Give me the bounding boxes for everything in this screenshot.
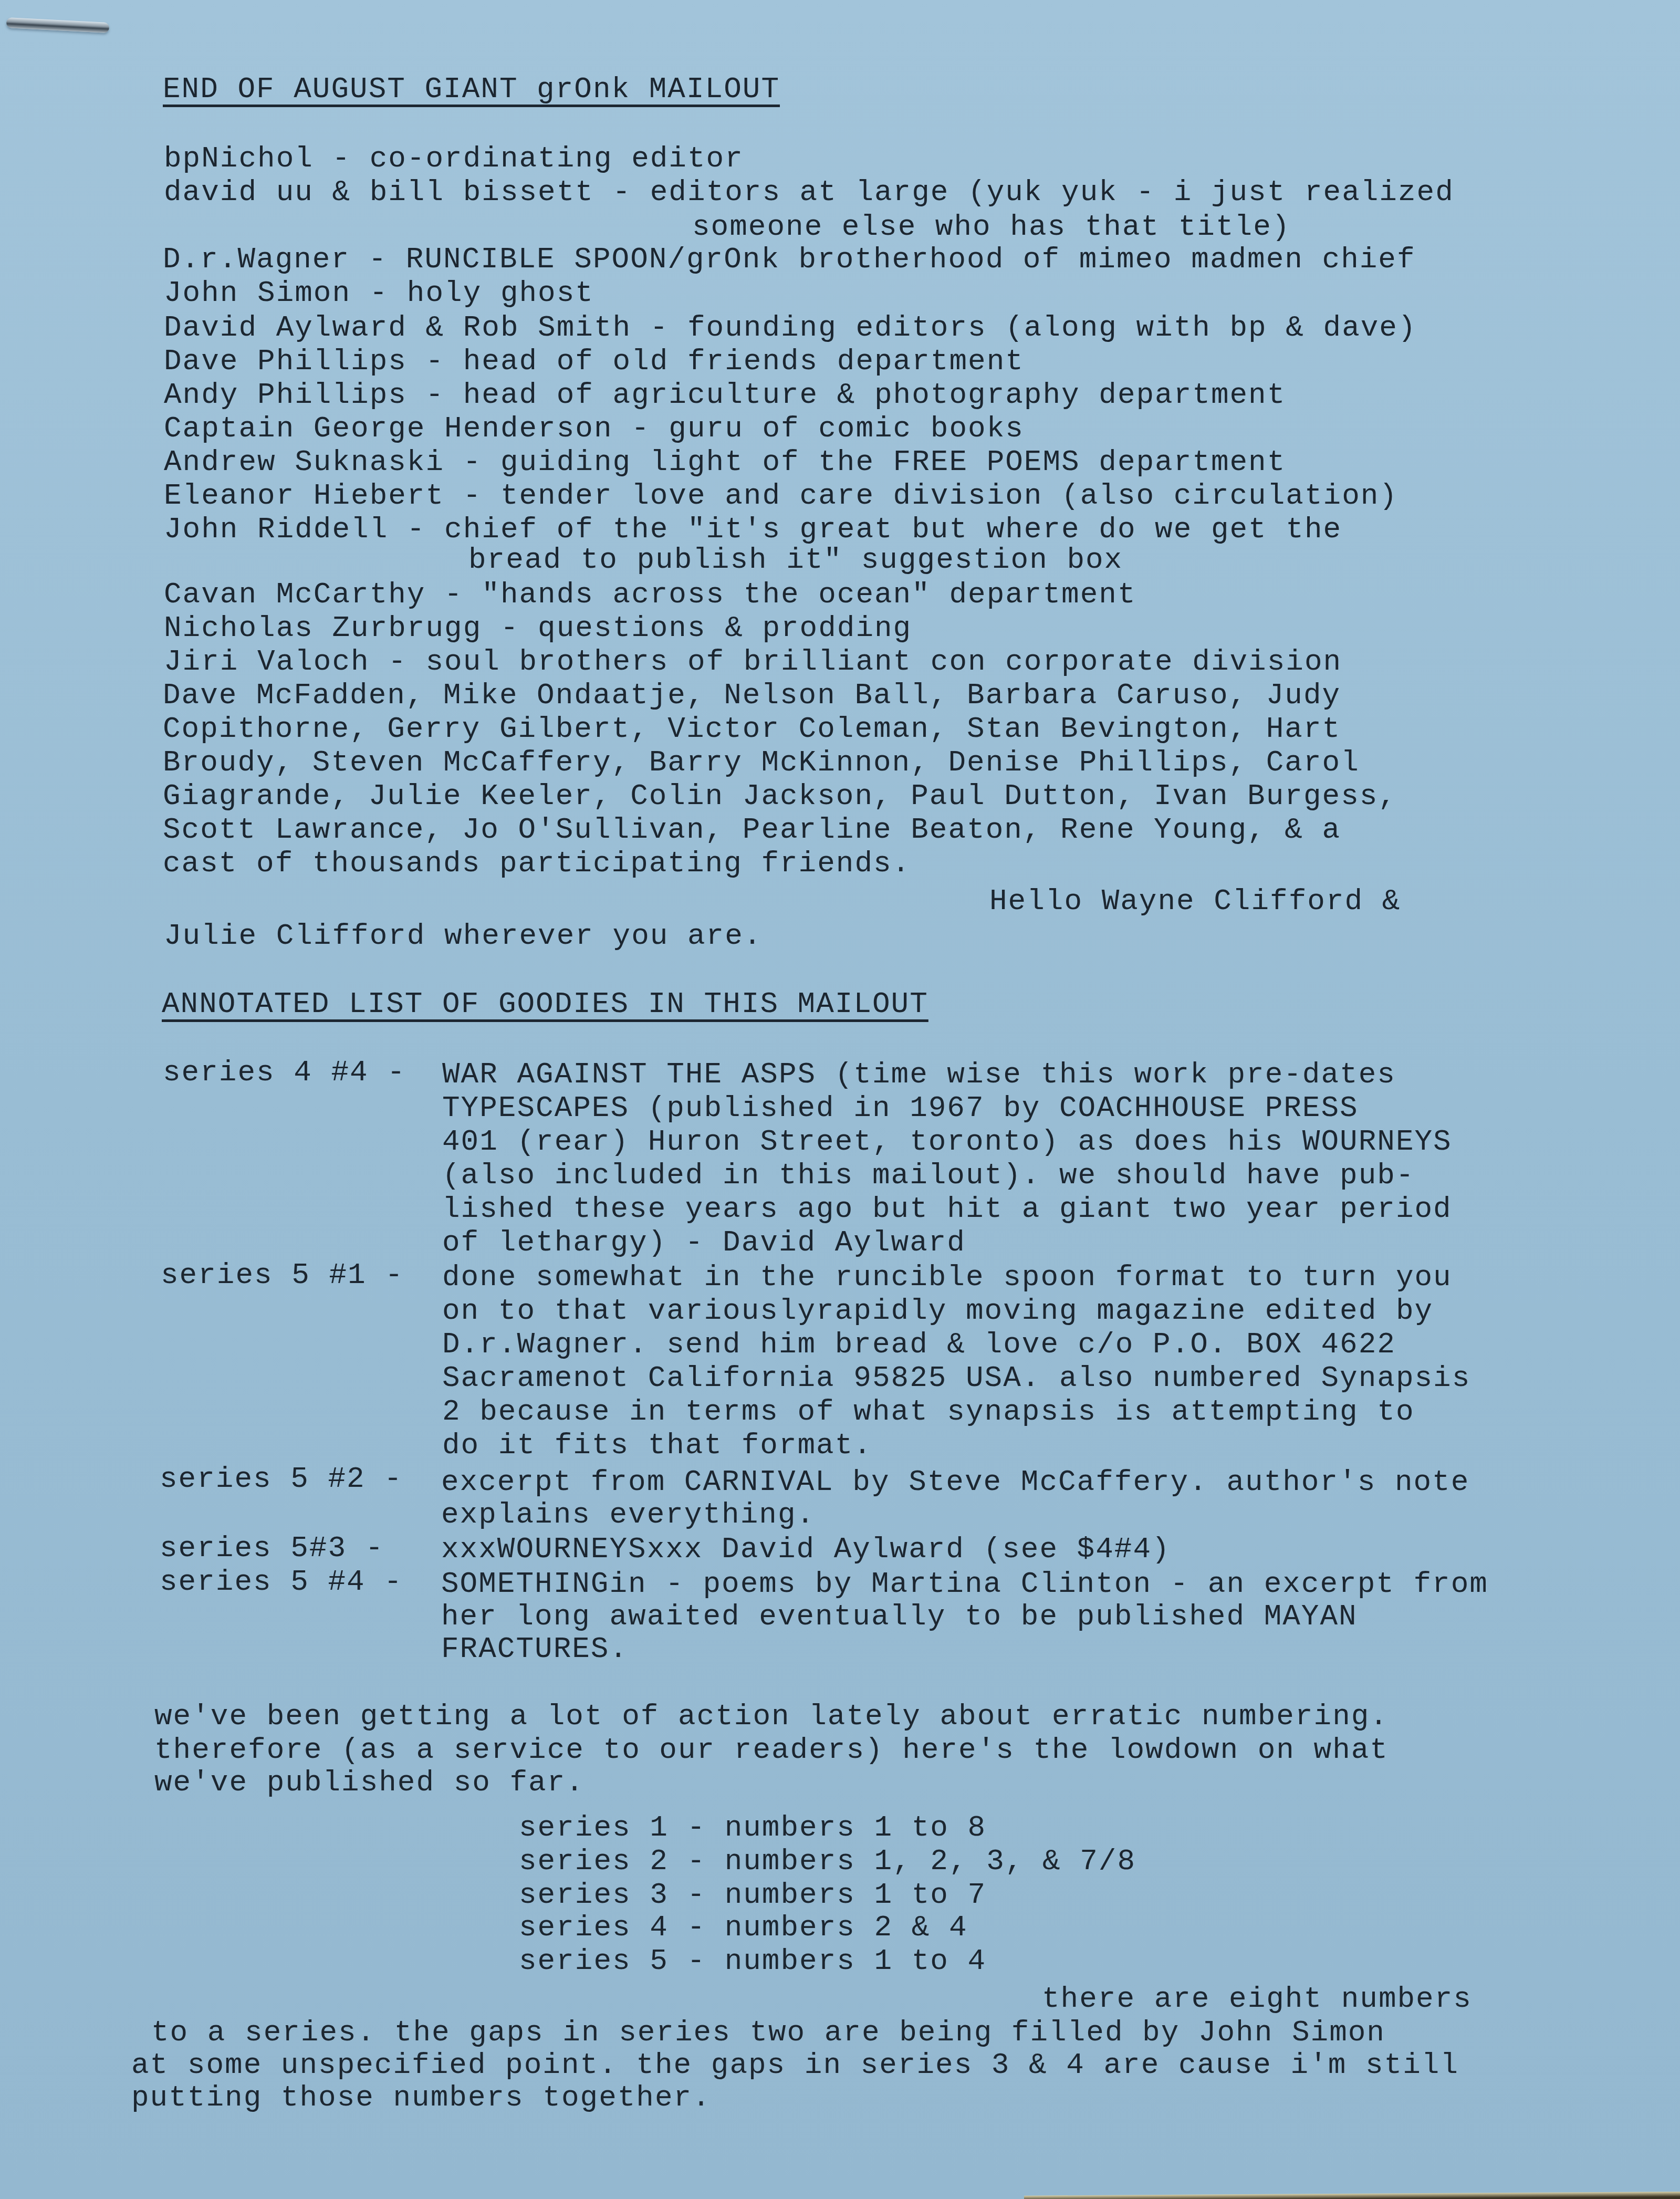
goodie-line: TYPESCAPES (published in 1967 by COACHHO… <box>442 1091 1359 1125</box>
goodie-line: done somewhat in the runcible spoon form… <box>442 1260 1452 1294</box>
goodie-label: series 5 #2 - <box>160 1462 403 1496</box>
goodie-line: WAR AGAINST THE ASPS (time wise this wor… <box>442 1058 1396 1091</box>
masthead-line: someone else who has that title) <box>692 210 1290 244</box>
goodie-label: series 5 #4 - <box>160 1565 403 1599</box>
document-title: END OF AUGUST GIANT grOnk MAILOUT <box>163 72 780 106</box>
masthead-line: Cavan McCarthy - "hands across the ocean… <box>164 578 1136 611</box>
masthead-line: Dave McFadden, Mike Ondaatje, Nelson Bal… <box>163 679 1341 712</box>
masthead-line: cast of thousands participating friends. <box>163 847 911 880</box>
masthead-line: D.r.Wagner - RUNCIBLE SPOON/grOnk brothe… <box>163 243 1416 276</box>
masthead-line: Dave Phillips - head of old friends depa… <box>164 345 1024 378</box>
masthead-line: Captain George Henderson - guru of comic… <box>164 412 1024 445</box>
closing-line: at some unspecified point. the gaps in s… <box>131 2048 1459 2082</box>
masthead-line: Broudy, Steven McCaffery, Barry McKinnon… <box>163 746 1360 779</box>
masthead-line: Eleanor Hiebert - tender love and care d… <box>164 479 1398 513</box>
closing-line: to a series. the gaps in series two are … <box>151 2016 1385 2049</box>
goodie-line: on to that variouslyrapidly moving magaz… <box>442 1294 1433 1328</box>
goodie-label: series 4 #4 - <box>163 1056 406 1089</box>
goodie-line: D.r.Wagner. send him bread & love c/o P.… <box>442 1328 1396 1361</box>
masthead-line: david uu & bill bissett - editors at lar… <box>164 175 1454 209</box>
masthead-line: bread to publish it" suggestion box <box>468 543 1123 577</box>
masthead-line: Copithorne, Gerry Gilbert, Victor Colema… <box>163 712 1341 746</box>
closing-line: there are eight numbers <box>1042 1982 1472 2016</box>
published-series-item: series 1 - numbers 1 to 8 <box>519 1811 986 1844</box>
closing-line: putting those numbers together. <box>131 2081 711 2114</box>
masthead-line: Scott Lawrance, Jo O'Sullivan, Pearline … <box>163 813 1341 847</box>
masthead-line: Giagrande, Julie Keeler, Colin Jackson, … <box>163 779 1397 813</box>
numbering-intro-line: we've been getting a lot of action latel… <box>154 1700 1389 1733</box>
published-series-item: series 4 - numbers 2 & 4 <box>519 1911 968 1944</box>
greeting-line: Julie Clifford wherever you are. <box>164 919 762 953</box>
typewritten-page: END OF AUGUST GIANT grOnk MAILOUT bpNich… <box>0 0 1680 2199</box>
goodie-line: SOMETHINGin - poems by Martina Clinton -… <box>441 1567 1488 1601</box>
goodie-line: her long awaited eventually to be publis… <box>441 1600 1358 1633</box>
goodie-label: series 5#3 - <box>160 1531 384 1565</box>
goodie-line: excerpt from CARNIVAL by Steve McCaffery… <box>441 1465 1469 1499</box>
masthead-line: Nicholas Zurbrugg - questions & prodding <box>164 611 912 645</box>
numbering-intro-line: we've published so far. <box>154 1766 585 1799</box>
goodies-heading: ANNOTATED LIST OF GOODIES IN THIS MAILOU… <box>162 987 928 1021</box>
goodie-line: explains everything. <box>441 1498 815 1531</box>
goodie-label: series 5 #1 - <box>161 1258 404 1292</box>
goodie-line: FRACTURES. <box>441 1632 628 1666</box>
goodie-line: Sacramenot California 95825 USA. also nu… <box>442 1361 1470 1395</box>
masthead-line: John Simon - holy ghost <box>164 276 594 310</box>
published-series-item: series 5 - numbers 1 to 4 <box>519 1944 986 1978</box>
masthead-line: Jiri Valoch - soul brothers of brilliant… <box>164 645 1342 679</box>
masthead-line: bpNichol - co-ordinating editor <box>164 142 744 175</box>
published-series-item: series 2 - numbers 1, 2, 3, & 7/8 <box>519 1844 1136 1878</box>
goodie-line: of lethargy) - David Aylward <box>442 1226 966 1259</box>
goodie-line: 2 because in terms of what synapsis is a… <box>442 1395 1414 1429</box>
goodie-line: lished these years ago but hit a giant t… <box>442 1192 1452 1226</box>
masthead-line: Andrew Suknaski - guiding light of the F… <box>164 445 1286 479</box>
published-series-item: series 3 - numbers 1 to 7 <box>519 1878 986 1912</box>
goodie-line: do it fits that format. <box>442 1429 872 1462</box>
masthead-line: John Riddell - chief of the "it's great … <box>164 513 1342 546</box>
goodie-line: xxxWOURNEYSxxx David Aylward (see $4#4) <box>441 1533 1171 1566</box>
greeting-line: Hello Wayne Clifford & <box>989 884 1401 918</box>
masthead-line: David Aylward & Rob Smith - founding edi… <box>164 311 1417 345</box>
goodie-line: 401 (rear) Huron Street, toronto) as doe… <box>442 1125 1452 1159</box>
goodie-line: (also included in this mailout). we shou… <box>442 1159 1414 1192</box>
masthead-line: Andy Phillips - head of agriculture & ph… <box>164 378 1286 412</box>
numbering-intro-line: therefore (as a service to our readers) … <box>154 1733 1389 1767</box>
